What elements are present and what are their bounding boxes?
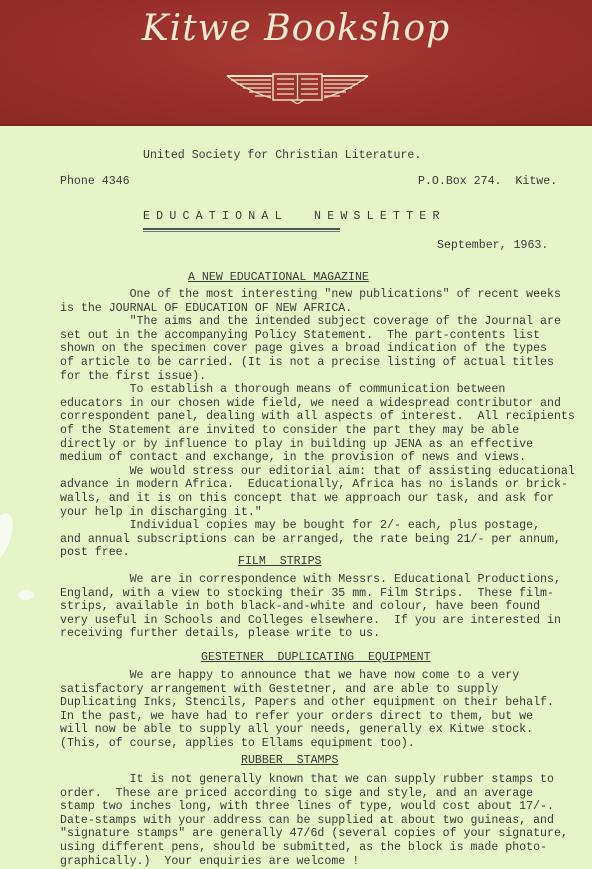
title-double-underline [143,228,340,230]
newsletter-date: September, 1963. [437,238,548,254]
postal-address: P.O.Box 274. Kitwe. [418,174,557,190]
section-heading-magazine: A NEW EDUCATIONAL MAGAZINE [188,271,369,284]
letterhead-banner: Kitwe Bookshop [0,0,592,126]
section-body-gestetner: We are happy to announce that we have no… [60,669,554,751]
organization-name: United Society for Christian Literature. [143,148,421,164]
punch-hole-mark [0,510,18,566]
newsletter-title: EDUCATIONAL NEWSLETTER [143,210,446,223]
section-body-magazine: One of the most interesting "new publica… [60,288,575,560]
section-heading-gestetner: GESTETNER DUPLICATING EQUIPMENT [201,651,431,664]
section-body-film-strips: We are in correspondence with Messrs. Ed… [60,573,561,641]
title-double-underline-lower [143,231,340,232]
section-heading-rubber-stamps: RUBBER STAMPS [241,754,338,767]
section-body-rubber-stamps: It is not generally known that we can su… [60,773,568,868]
shop-name: Kitwe Bookshop [0,8,592,49]
punch-hole-mark [18,590,34,600]
phone-number: Phone 4346 [60,174,130,190]
section-heading-film-strips: FILM STRIPS [238,555,322,568]
winged-book-icon [225,70,370,104]
